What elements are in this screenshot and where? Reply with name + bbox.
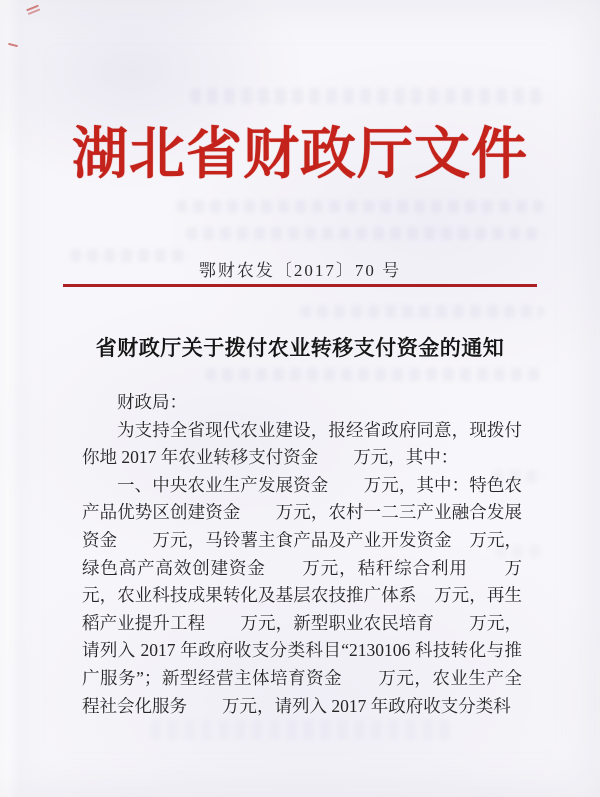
bleedthrough-artifact bbox=[190, 88, 548, 104]
body-paragraph: 一、中央农业生产发展资金 万元，其中：特色农产品优势区创建资金 万元，农村一二三… bbox=[82, 472, 522, 720]
salutation-line: 财政局： bbox=[82, 389, 522, 417]
agency-letterhead-title: 湖北省财政厅文件 bbox=[0, 120, 600, 190]
bleedthrough-artifact bbox=[300, 305, 544, 318]
bleedthrough-artifact bbox=[186, 227, 544, 240]
scanned-document-page: 湖北省财政厅文件 鄂财农发〔2017〕70 号 省财政厅关于拨付农业转移支付资金… bbox=[0, 0, 600, 797]
scan-artifact-mark bbox=[26, 5, 39, 12]
letterhead-divider-line bbox=[63, 284, 537, 287]
scan-artifact-mark bbox=[8, 43, 18, 47]
document-reference-number: 鄂财农发〔2017〕70 号 bbox=[0, 256, 600, 281]
document-body: 财政局： 为支持全省现代农业建设，报经省政府同意，现拨付你地 2017 年农业转… bbox=[82, 389, 522, 720]
bleedthrough-artifact bbox=[176, 200, 544, 213]
bleedthrough-artifact bbox=[205, 368, 543, 381]
bleedthrough-artifact bbox=[150, 720, 450, 740]
document-subject-title: 省财政厅关于拨付农业转移支付资金的通知 bbox=[0, 332, 600, 362]
body-paragraph: 为支持全省现代农业建设，报经省政府同意，现拨付你地 2017 年农业转移支付资金… bbox=[82, 417, 522, 472]
